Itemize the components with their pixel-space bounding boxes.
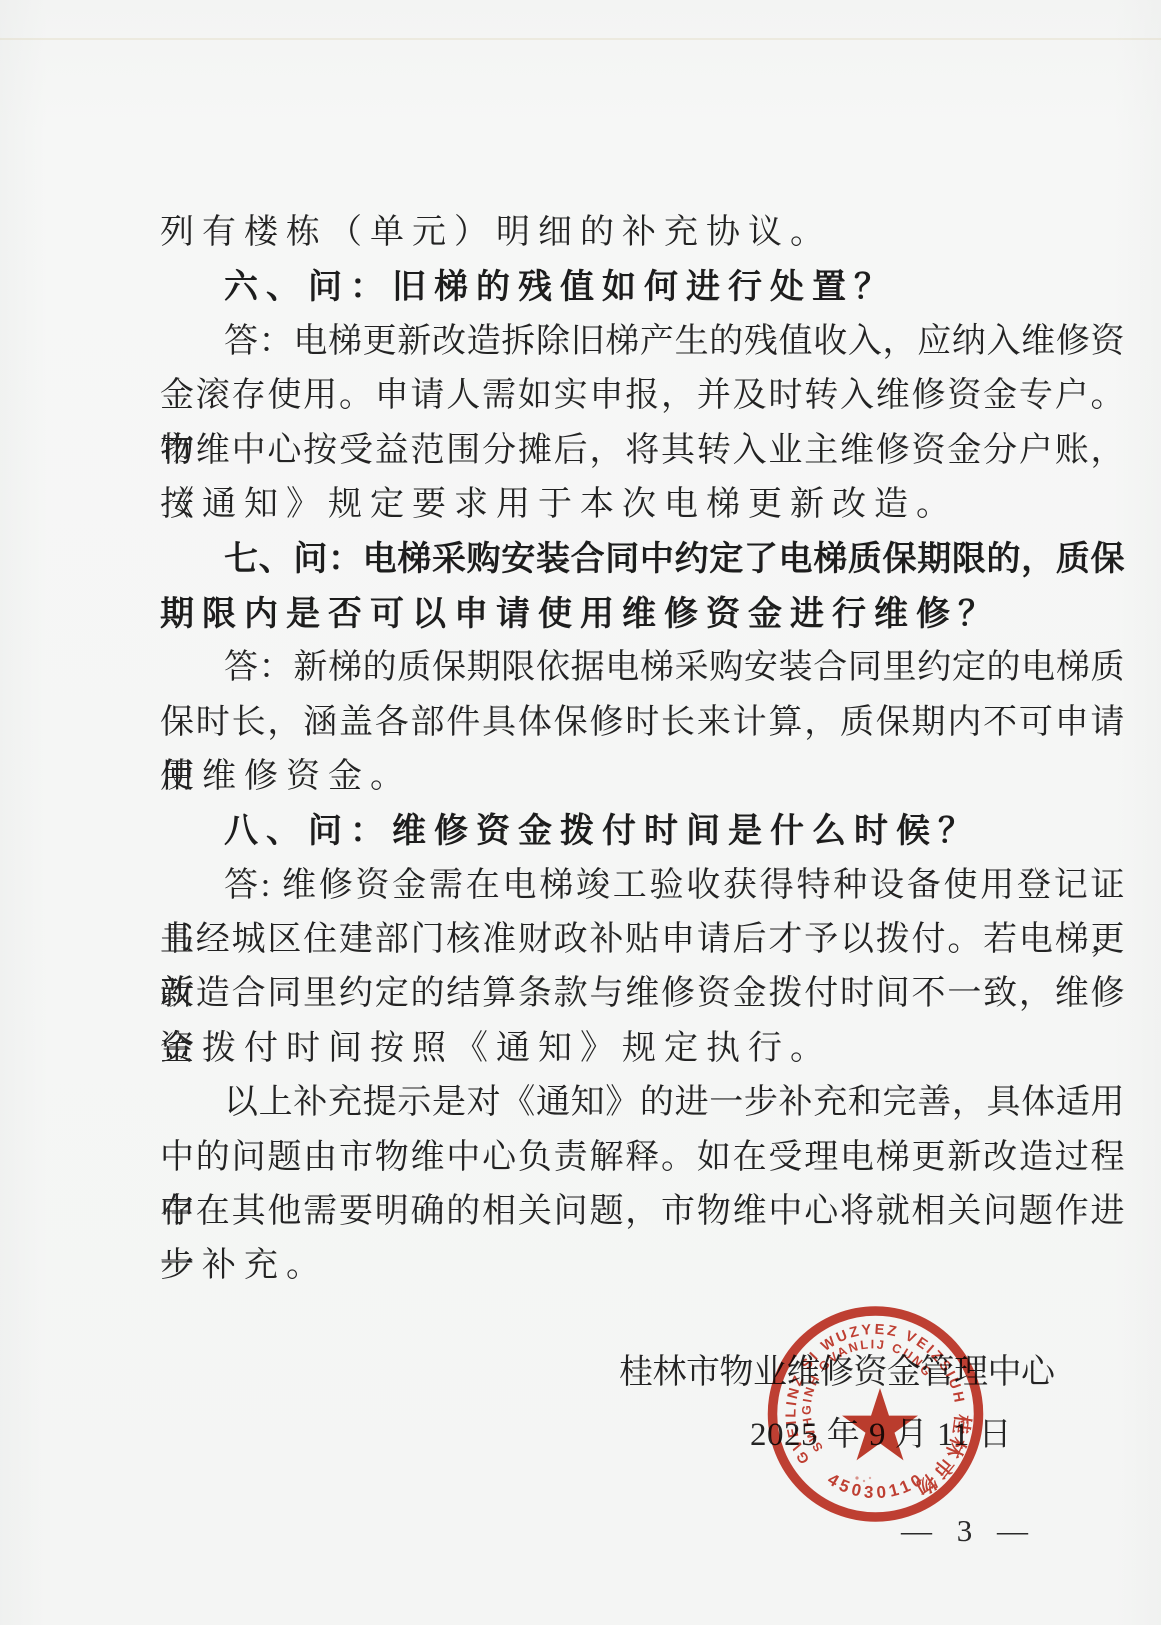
question-heading-line: 七、问：电梯采购安装合同中约定了电梯质保期限的，质保 [160,532,1125,586]
body-text-line: 金滚存使用。申请人需如实申报，并及时转入维修资金专户。市 [160,369,1125,423]
scanned-document-page: 列有楼栋（单元）明细的补充协议。六、问：旧梯的残值如何进行处置？答：电梯更新改造… [0,0,1161,1625]
body-text-line: 中的问题由市物维中心负责解释。如在受理电梯更新改造过程中 [160,1131,1125,1185]
body-text-line: 答：新梯的质保期限依据电梯采购安装合同里约定的电梯质 [160,641,1125,695]
official-seal-stamp: GVEILINZ SI WUZYEZ VEIZSIUH桂林市物业维修资金管理中心… [752,1288,1002,1540]
body-text-line: 步补充。 [160,1239,1125,1293]
body-text-line: 列有楼栋（单元）明细的补充协议。 [160,206,1125,260]
body-text-line: 保时长，涵盖各部件具体保修时长来计算，质保期内不可申请使 [160,696,1125,750]
question-heading-line: 八、问：维修资金拨付时间是什么时候？ [160,804,1125,858]
body-text-line: 答：电梯更新改造拆除旧梯产生的残值收入，应纳入维修资 [160,315,1125,369]
ink-speckle [855,1476,858,1479]
ink-speckle [863,1480,865,1482]
body-text-line: 金拨付时间按照《通知》规定执行。 [160,1022,1125,1076]
body-text-line: 改造合同里约定的结算条款与维修资金拨付时间不一致，维修资 [160,967,1125,1021]
body-text-line: 答: 维修资金需在电梯竣工验收获得特种设备使用登记证书， [160,859,1125,913]
body-text-line: 物维中心按受益范围分摊后，将其转入业主维修资金分户账，按 [160,424,1125,478]
body-text-line: 以上补充提示是对《通知》的进一步补充和完善，具体适用 [160,1076,1125,1130]
body-text-line: 存在其他需要明确的相关问题，市物维中心将就相关问题作进一 [160,1185,1125,1239]
ink-speckle [869,1477,871,1479]
body-text-line: 且经城区住建部门核准财政补贴申请后才予以拨付。若电梯更新 [160,913,1125,967]
star-icon [842,1388,918,1460]
body-text-line: 用维修资金。 [160,750,1125,804]
question-heading-line: 期限内是否可以申请使用维修资金进行维修？ [160,587,1125,641]
question-heading-line: 六、问：旧梯的残值如何进行处置？ [160,260,1125,314]
document-body: 列有楼栋（单元）明细的补充协议。六、问：旧梯的残值如何进行处置？答：电梯更新改造… [160,206,1125,1294]
body-text-line: 《通知》规定要求用于本次电梯更新改造。 [160,478,1125,532]
scan-artifact-line [0,38,1161,40]
